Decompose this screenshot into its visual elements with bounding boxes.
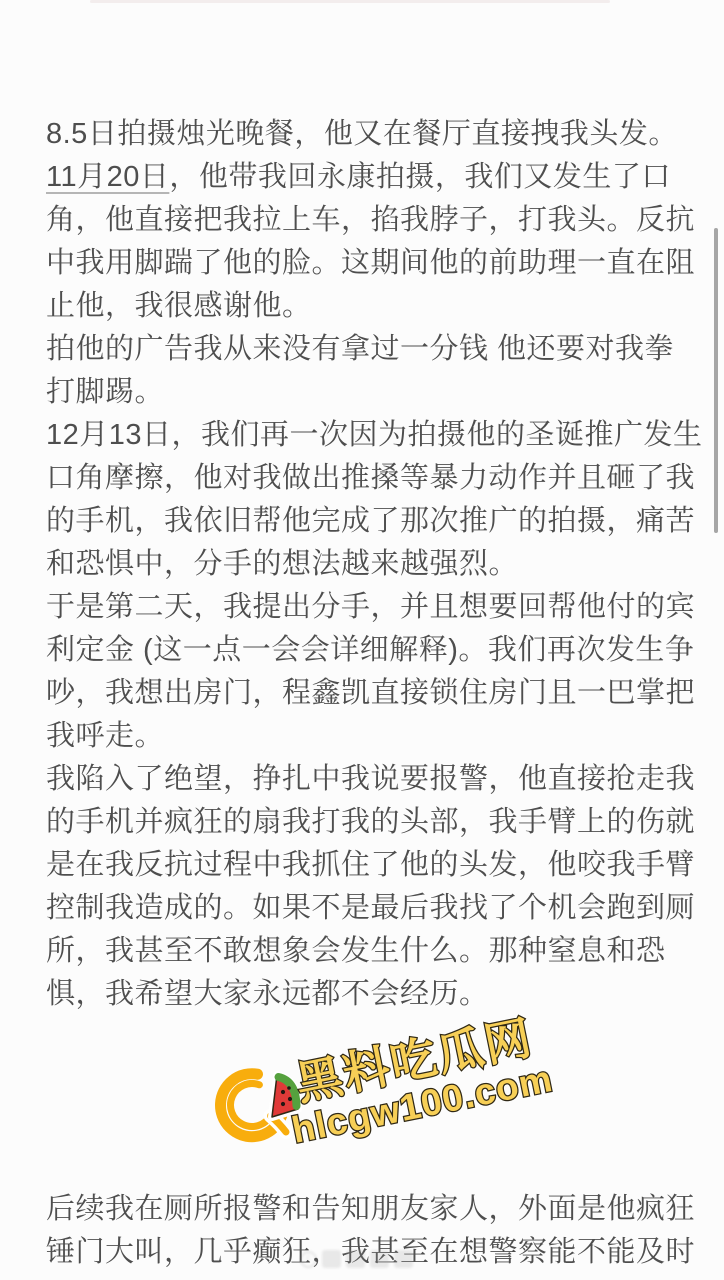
text-line: 控制我造成的。如果不是最后我找了个机会跑到厕: [46, 887, 696, 930]
date-underlined: 11月20日: [46, 161, 169, 193]
text-line: 8.5日拍摄烛光晚餐，他又在餐厅直接拽我头发。: [46, 113, 696, 156]
scrollbar-thumb[interactable]: [714, 228, 718, 533]
text-line: 于是第二天，我提出分手，并且想要回帮他付的宾: [46, 586, 696, 629]
text-line: 口角摩擦，他对我做出推搡等暴力动作并且砸了我: [46, 457, 696, 500]
faint-user-watermark: c: [300, 1247, 428, 1271]
text-line: 中我用脚踹了他的脸。这期间他的前助理一直在阻: [46, 242, 696, 285]
text-line: 止他，我很感谢他。: [46, 285, 696, 328]
text-line: 12月13日，我们再一次因为拍摄他的圣诞推广发生: [46, 414, 696, 457]
text-line: 拍他的广告我从来没有拿过一分钱 他还要对我拳: [46, 328, 696, 371]
text-line: 是在我反抗过程中我抓住了他的头发，他咬我手臂: [46, 844, 696, 887]
text-line: 的手机，我依旧帮他完成了那次推广的拍摄，痛苦: [46, 500, 696, 543]
text-line: 后续我在厕所报警和告知朋友家人，外面是他疯狂: [46, 1188, 696, 1231]
text-line: 我陷入了绝望，挣扎中我说要报警，他直接抢走我: [46, 758, 696, 801]
copyright-icon: c: [300, 1251, 317, 1268]
text-line: 所，我甚至不敢想象会发生什么。那种窒息和恐: [46, 930, 696, 973]
text-line: 打脚踢。: [46, 371, 696, 414]
site-watermark: 黑料吃瓜网 hlcgw100.com: [195, 1005, 595, 1190]
text-line: 我呼走。: [46, 715, 696, 758]
site-logo-icon: [221, 1074, 298, 1137]
text-line: 角，他直接把我拉上车，掐我脖子，打我头。反抗: [46, 199, 696, 242]
top-edge-artifact: [90, 0, 610, 3]
text-line: 的手机并疯狂的扇我打我的头部，我手臂上的伤就: [46, 801, 696, 844]
text-line-rest: ，他带我回永康拍摄，我们又发生了口: [169, 161, 671, 193]
text-line: 和恐惧中，分手的想法越来越强烈。: [46, 543, 696, 586]
text-line: 利定金 (这一点一会会详细解释)。我们再次发生争: [46, 629, 696, 672]
text-line: 吵，我想出房门，程鑫凯直接锁住房门且一巴掌把: [46, 672, 696, 715]
text-line: 11月20日，他带我回永康拍摄，我们又发生了口: [46, 156, 696, 199]
post-body-text: 8.5日拍摄烛光晚餐，他又在餐厅直接拽我头发。 11月20日，他带我回永康拍摄，…: [46, 113, 696, 1016]
